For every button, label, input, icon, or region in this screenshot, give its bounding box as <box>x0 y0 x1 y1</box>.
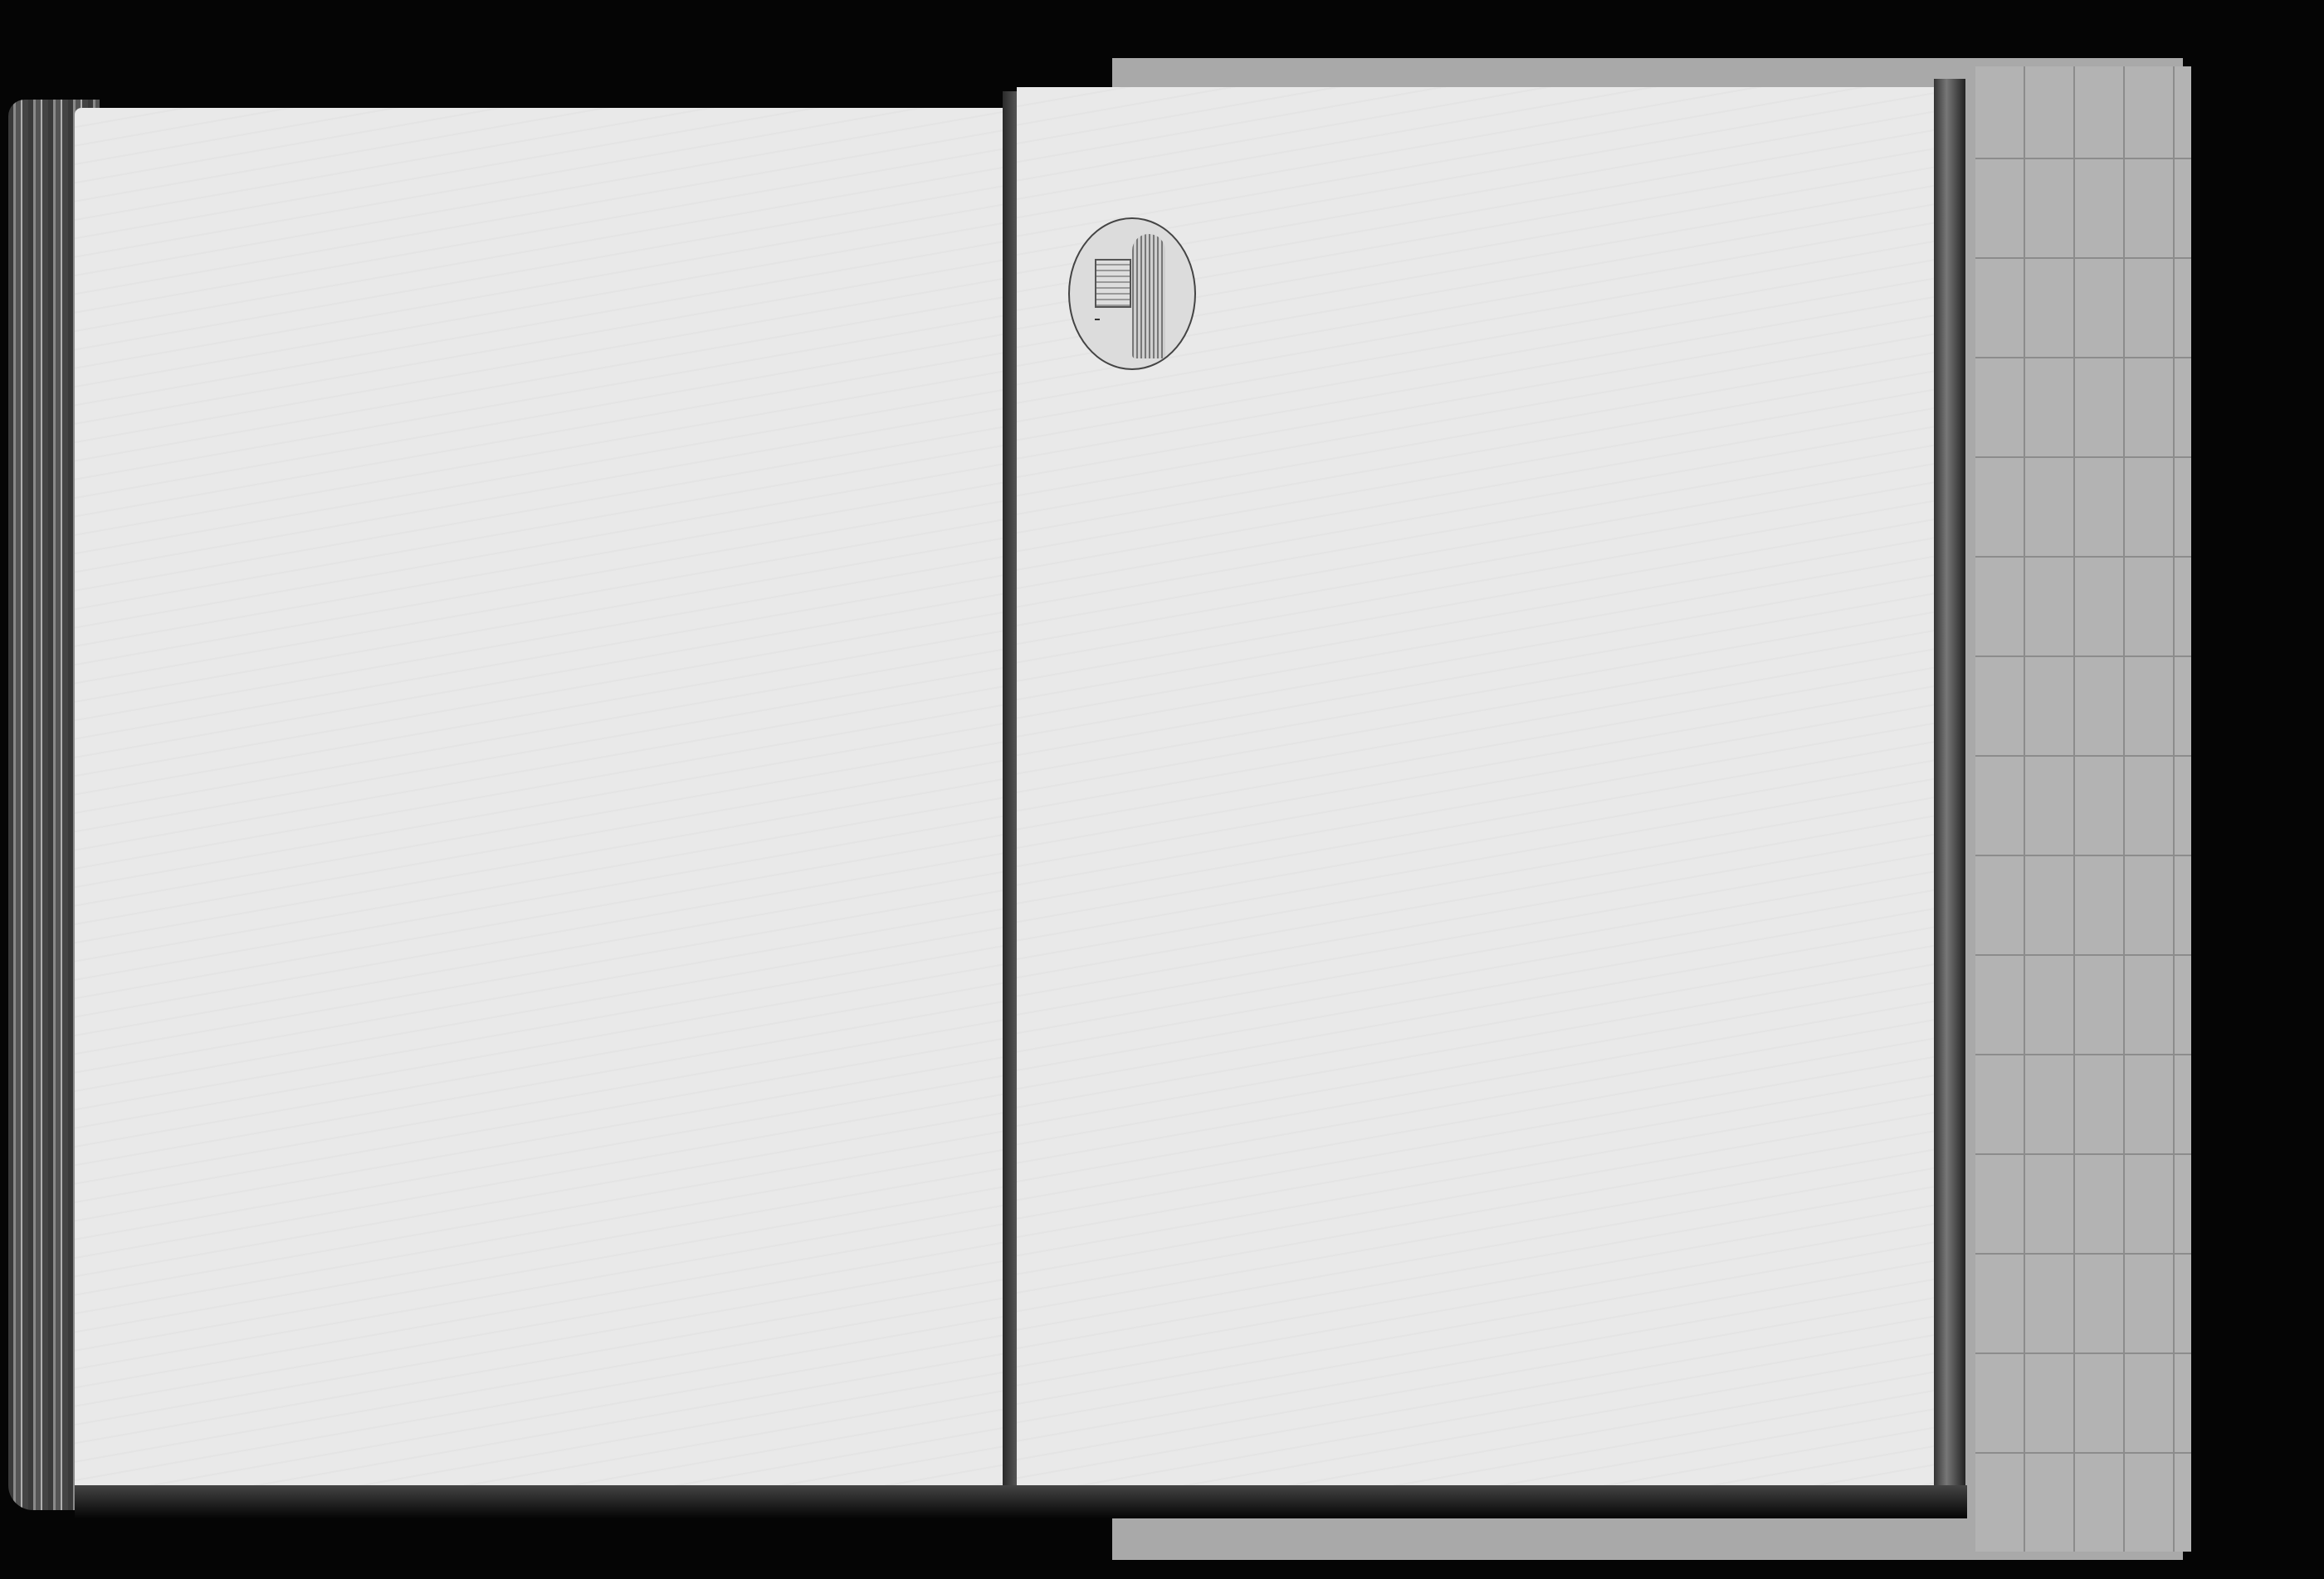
act-line <box>249 503 259 529</box>
stamp-figure-icon <box>1132 234 1165 358</box>
fiscal-stamp <box>1068 217 1196 370</box>
stamp-tablet-icon <box>1095 259 1131 308</box>
register-page-left <box>75 108 1033 1502</box>
book-right-edge <box>1934 79 1965 1514</box>
act-line <box>249 536 292 562</box>
act-line <box>249 471 294 497</box>
underlying-ledger-grid <box>1975 66 2191 1552</box>
act-line <box>249 569 259 595</box>
act-line <box>249 438 279 464</box>
act-line <box>266 632 276 658</box>
act-line <box>249 358 319 384</box>
act-line <box>249 257 319 283</box>
act-line <box>249 217 279 261</box>
act-line <box>315 290 325 322</box>
act-line <box>249 599 259 625</box>
act-line <box>249 395 259 421</box>
book-bottom-shadow <box>75 1485 1967 1518</box>
stamp-value <box>1095 319 1100 320</box>
act-line <box>216 664 226 690</box>
act-line <box>249 325 269 351</box>
